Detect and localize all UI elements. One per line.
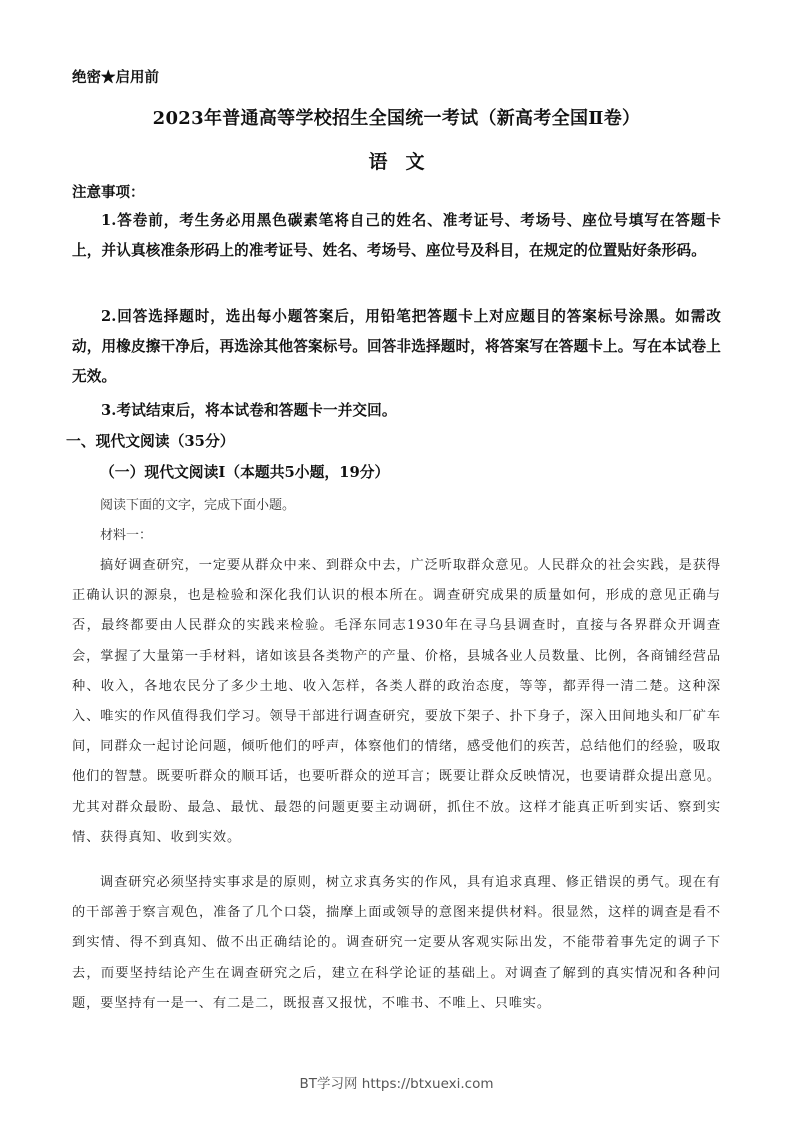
exam-title: 2023年普通高等学校招生全国统一考试（新高考全国Ⅱ卷） (0, 104, 793, 130)
notice-heading: 注意事项： (72, 181, 145, 202)
subject-title: 语文 (0, 147, 793, 174)
notice-item-2: 2.回答选择题时，选出每小题答案后，用铅笔把答题卡上对应题目的答案标号涂黑。如需… (72, 302, 721, 392)
secret-mark: 绝密★启用前 (72, 66, 159, 87)
reading-instruction: 阅读下面的文字，完成下面小题。 (100, 494, 295, 513)
section-heading: 一、现代文阅读（35分） (66, 430, 235, 451)
material-label: 材料一： (100, 524, 152, 543)
exam-page: 绝密★启用前 2023年普通高等学校招生全国统一考试（新高考全国Ⅱ卷） 语文 注… (0, 0, 793, 1122)
notice-item-1: 1.答卷前，考生务必用黑色碳素笔将自己的姓名、准考证号、考场号、座位号填写在答题… (72, 206, 721, 266)
footer-watermark: BT学习网 https://btxuexi.com (0, 1072, 793, 1092)
subsection-heading: （一）现代文阅读Ⅰ（本题共5小题，19分） (100, 461, 389, 482)
material-paragraph-2: 调查研究必须坚持实事求是的原则，树立求真务实的作风，具有追求真理、修正错误的勇气… (72, 868, 721, 1019)
material-paragraph-1: 搞好调查研究，一定要从群众中来、到群众中去，广泛听取群众意见。人民群众的社会实践… (72, 551, 721, 853)
notice-item-3: 3.考试结束后，将本试卷和答题卡一并交回。 (72, 396, 721, 426)
